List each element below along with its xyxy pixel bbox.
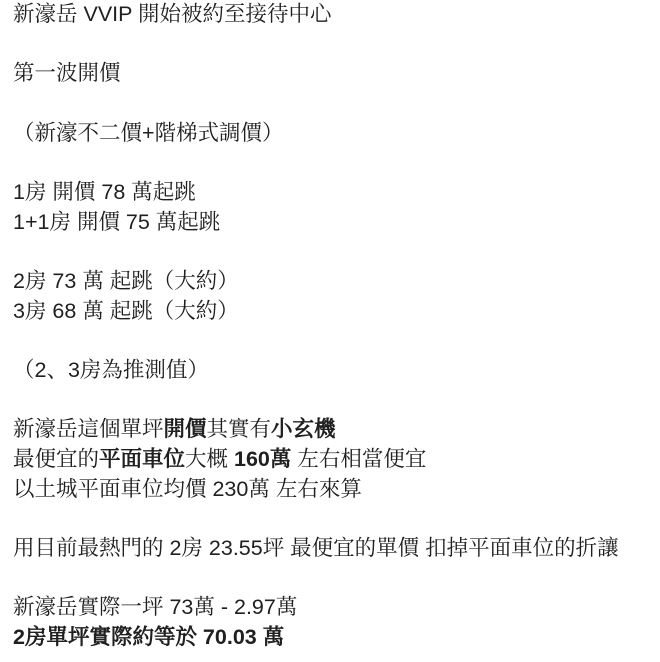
text-run: 3房 68 萬 起跳（大約） xyxy=(13,299,239,323)
paragraph: 新濠岳實際一坪 73萬 - 2.97萬2房單坪實際約等於 70.03 萬 xyxy=(13,593,647,652)
text-line: 以土城平面車位均價 230萬 左右來算 xyxy=(13,475,647,505)
text-line: 1+1房 開價 75 萬起跳 xyxy=(13,208,647,238)
paragraph: 新濠岳 VVIP 開始被約至接待中心 xyxy=(13,0,647,30)
text-line: 第一波開價 xyxy=(13,59,647,89)
paragraph: （新濠不二價+階梯式調價） xyxy=(13,119,647,149)
text-line: （2、3房為推測值） xyxy=(13,356,647,386)
paragraph: 第一波開價 xyxy=(13,59,647,89)
text-run: 1+1房 開價 75 萬起跳 xyxy=(13,210,220,234)
paragraph: （2、3房為推測值） xyxy=(13,356,647,386)
text-line: 2房 73 萬 起跳（大約） xyxy=(13,267,647,297)
text-line: 新濠岳這個單坪開價其實有小玄機 xyxy=(13,415,647,445)
text-run: 以土城平面車位均價 230萬 左右來算 xyxy=(13,477,362,501)
text-line: 2房單坪實際約等於 70.03 萬 xyxy=(13,623,647,653)
text-line: 1房 開價 78 萬起跳 xyxy=(13,178,647,208)
text-run-bold: 160萬 xyxy=(234,447,291,471)
text-run: 大概 xyxy=(185,447,234,471)
text-run: （2、3房為推測值） xyxy=(13,358,209,382)
text-run: 2房 73 萬 起跳（大約） xyxy=(13,269,239,293)
text-line: 用目前最熱門的 2房 23.55坪 最便宜的單價 扣掉平面車位的折讓 xyxy=(13,534,647,564)
text-run: 用目前最熱門的 2房 23.55坪 最便宜的單價 扣掉平面車位的折讓 xyxy=(13,536,619,560)
text-run: 最便宜的 xyxy=(13,447,99,471)
paragraph: 1房 開價 78 萬起跳1+1房 開價 75 萬起跳 xyxy=(13,178,647,237)
text-run-bold: 小玄機 xyxy=(271,417,336,441)
text-run: 新濠岳 VVIP 開始被約至接待中心 xyxy=(13,2,332,26)
document: 新濠岳 VVIP 開始被約至接待中心第一波開價（新濠不二價+階梯式調價）1房 開… xyxy=(0,0,660,653)
text-run-bold: 2房單坪實際約等於 70.03 萬 xyxy=(13,625,284,649)
text-run: 1房 開價 78 萬起跳 xyxy=(13,180,196,204)
text-run: 新濠岳這個單坪 xyxy=(13,417,164,441)
text-line: 新濠岳實際一坪 73萬 - 2.97萬 xyxy=(13,593,647,623)
paragraph: 2房 73 萬 起跳（大約）3房 68 萬 起跳（大約） xyxy=(13,267,647,326)
text-run: 左右相當便宜 xyxy=(291,447,426,471)
text-run: 其實有 xyxy=(207,417,272,441)
text-line: 最便宜的平面車位大概 160萬 左右相當便宜 xyxy=(13,445,647,475)
page: 新濠岳 VVIP 開始被約至接待中心第一波開價（新濠不二價+階梯式調價）1房 開… xyxy=(0,0,660,662)
paragraph: 用目前最熱門的 2房 23.55坪 最便宜的單價 扣掉平面車位的折讓 xyxy=(13,534,647,564)
text-run-bold: 平面車位 xyxy=(99,447,185,471)
text-run: 第一波開價 xyxy=(13,61,121,85)
paragraph: 新濠岳這個單坪開價其實有小玄機最便宜的平面車位大概 160萬 左右相當便宜以土城… xyxy=(13,415,647,504)
text-line: （新濠不二價+階梯式調價） xyxy=(13,119,647,149)
text-run: 新濠岳實際一坪 73萬 - 2.97萬 xyxy=(13,595,297,619)
text-line: 新濠岳 VVIP 開始被約至接待中心 xyxy=(13,0,647,30)
text-line: 3房 68 萬 起跳（大約） xyxy=(13,297,647,327)
text-run-bold: 開價 xyxy=(164,417,207,441)
text-run: （新濠不二價+階梯式調價） xyxy=(13,121,284,145)
